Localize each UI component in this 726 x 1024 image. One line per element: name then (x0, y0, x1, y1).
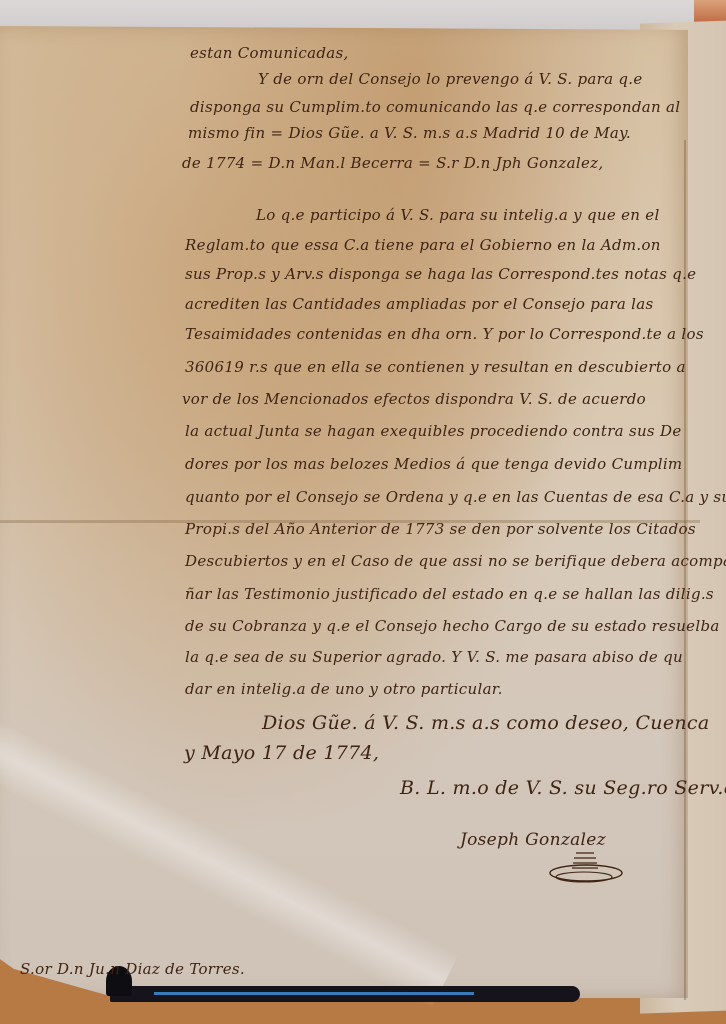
body-line: Tesaimidades contenidas en dha orn. Y po… (185, 325, 704, 343)
body-line: Reglam.to que essa C.a tiene para el Gob… (185, 236, 661, 254)
body-line: quanto por el Consejo se Ordena y q.e en… (185, 488, 726, 506)
body-line: Y de orn del Consejo lo prevengo á V. S.… (258, 70, 643, 88)
body-line: acrediten las Cantidades ampliadas por e… (185, 295, 654, 313)
addressee-line: S.or D.n Ju.n Diaz de Torres. (20, 960, 245, 978)
body-line: mismo fin = Dios Gũe. a V. S. m.s a.s Ma… (188, 124, 631, 142)
rubric-flourish-icon (546, 845, 626, 885)
closing-line: y Mayo 17 de 1774, (184, 742, 379, 764)
body-line: dores por los mas belozes Medios á que t… (185, 455, 682, 473)
closing-line: B. L. m.o de V. S. su Seg.ro Serv.or (400, 777, 726, 799)
body-line: de 1774 = D.n Man.l Becerra = S.r D.n Jp… (182, 154, 603, 172)
body-line: estan Comunicadas, (190, 44, 349, 62)
body-line: dar en intelig.a de uno y otro particula… (185, 680, 503, 698)
body-line: de su Cobranza y q.e el Consejo hecho Ca… (185, 617, 720, 635)
body-line: Propi.s del Año Anterior de 1773 se den … (185, 520, 696, 538)
body-line: la actual Junta se hagan exequibles proc… (185, 422, 682, 440)
body-line: 360619 r.s que en ella se contienen y re… (185, 358, 686, 376)
body-line: sus Prop.s y Arv.s disponga se haga las … (185, 265, 696, 283)
body-line: ñar las Testimonio justificado del estad… (185, 585, 714, 603)
body-line: la q.e sea de su Superior agrado. Y V. S… (185, 648, 683, 666)
body-line: Descubiertos y en el Caso de que assi no… (185, 552, 726, 570)
body-line: vor de los Mencionados efectos dispondra… (182, 390, 646, 408)
body-line: disponga su Cumplim.to comunicando las q… (190, 98, 680, 116)
closing-line: Dios Gũe. á V. S. m.s a.s como deseo, Cu… (262, 712, 709, 734)
body-line: Lo q.e participo á V. S. para su intelig… (256, 206, 660, 224)
